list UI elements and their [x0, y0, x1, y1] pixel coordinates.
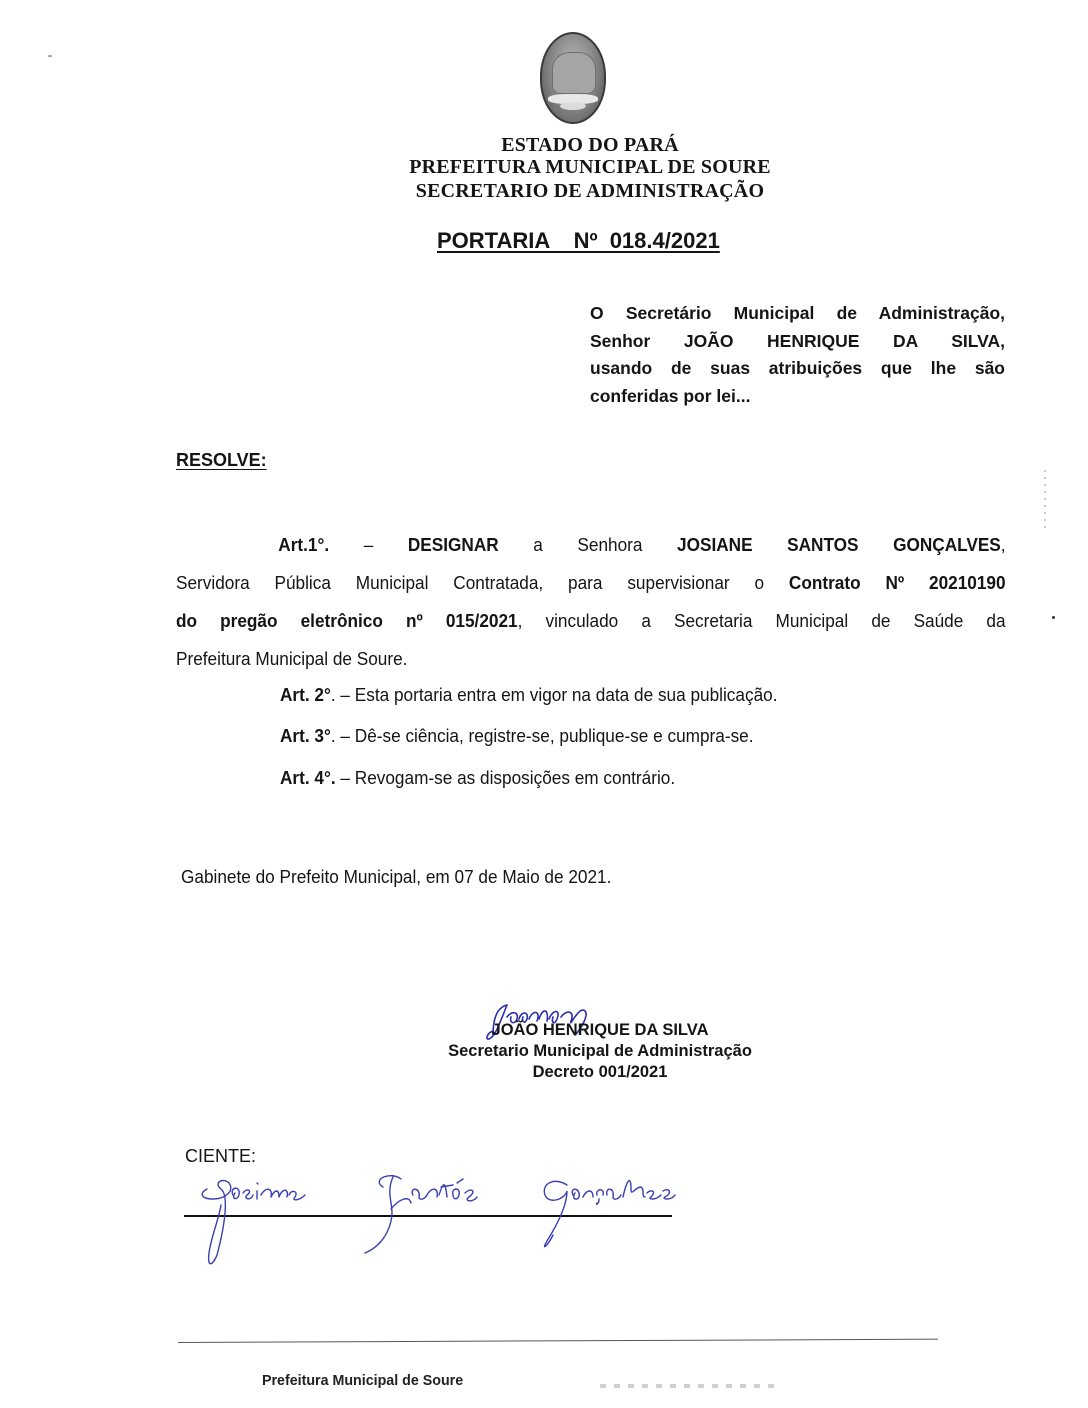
signatory-block: JOÃO HENRIQUE DA SILVA Secretario Munici…: [400, 1020, 800, 1083]
footer-divider: [178, 1339, 938, 1343]
article-4-label: Art. 4°.: [280, 767, 336, 788]
footer-faded-address: [600, 1384, 780, 1388]
header-department: SECRETARIO DE ADMINISTRAÇÃO: [380, 180, 800, 202]
article-1-line: do pregão eletrônico nº 015/2021, vincul…: [176, 602, 1006, 640]
article-4: Art. 4°. – Revogam-se as disposições em …: [280, 767, 675, 789]
scan-speck: [1052, 616, 1055, 619]
article-2: Art. 2°. – Esta portaria entra em vigor …: [280, 684, 778, 706]
signatory-name: JOÃO HENRIQUE DA SILVA: [400, 1020, 800, 1041]
preamble-line: Senhor JOÃO HENRIQUE DA SILVA,: [590, 328, 1005, 356]
pregao-number: do pregão eletrônico nº 015/2021: [176, 610, 518, 631]
article-1-line: Servidora Pública Municipal Contratada, …: [176, 564, 1006, 602]
emblem-ribbon-tail: [560, 102, 586, 110]
contract-number: Contrato Nº 20210190: [789, 572, 1006, 593]
article-1-verb: DESIGNAR: [408, 534, 499, 555]
article-3-label: Art. 3°: [280, 725, 331, 746]
signatory-role: Secretario Municipal de Administração: [400, 1041, 800, 1062]
article-1: Art.1°. – DESIGNAR a Senhora JOSIANE SAN…: [176, 526, 948, 678]
date-line: Gabinete do Prefeito Municipal, em 07 de…: [181, 866, 611, 888]
signatory-decree: Decreto 001/2021: [400, 1062, 800, 1083]
article-3: Art. 3°. – Dê-se ciência, registre-se, p…: [280, 725, 754, 747]
preamble: O Secretário Municipal de Administração,…: [590, 300, 1005, 410]
article-1-line: Art.1°. – DESIGNAR a Senhora JOSIANE SAN…: [176, 526, 1006, 564]
resolve-heading: RESOLVE:: [176, 450, 267, 471]
document-title: PORTARIA Nº 018.4/2021: [437, 228, 720, 254]
footer-institution: Prefeitura Municipal de Soure: [262, 1372, 463, 1389]
preamble-line: O Secretário Municipal de Administração,: [590, 300, 1005, 328]
scan-edge-marks: [1044, 470, 1046, 530]
header-municipality: PREFEITURA MUNICIPAL DE SOURE: [380, 156, 800, 178]
coat-of-arms-icon: [540, 32, 606, 124]
emblem-shield: [552, 52, 596, 94]
acknowledgement-label: CIENTE:: [185, 1146, 256, 1167]
article-1-label: Art.1°.: [278, 534, 329, 555]
preamble-line: usando de suas atribuições que lhe são: [590, 355, 1005, 383]
article-2-label: Art. 2°: [280, 684, 331, 705]
scan-speck: [48, 55, 52, 57]
header-state: ESTADO DO PARÁ: [380, 134, 800, 156]
article-1-line: Prefeitura Municipal de Soure.: [176, 640, 1006, 678]
preamble-line: conferidas por lei...: [590, 383, 1005, 411]
designee-name: JOSIANE SANTOS GONÇALVES: [677, 534, 1001, 555]
acknowledgement-signature-icon: [195, 1165, 725, 1275]
